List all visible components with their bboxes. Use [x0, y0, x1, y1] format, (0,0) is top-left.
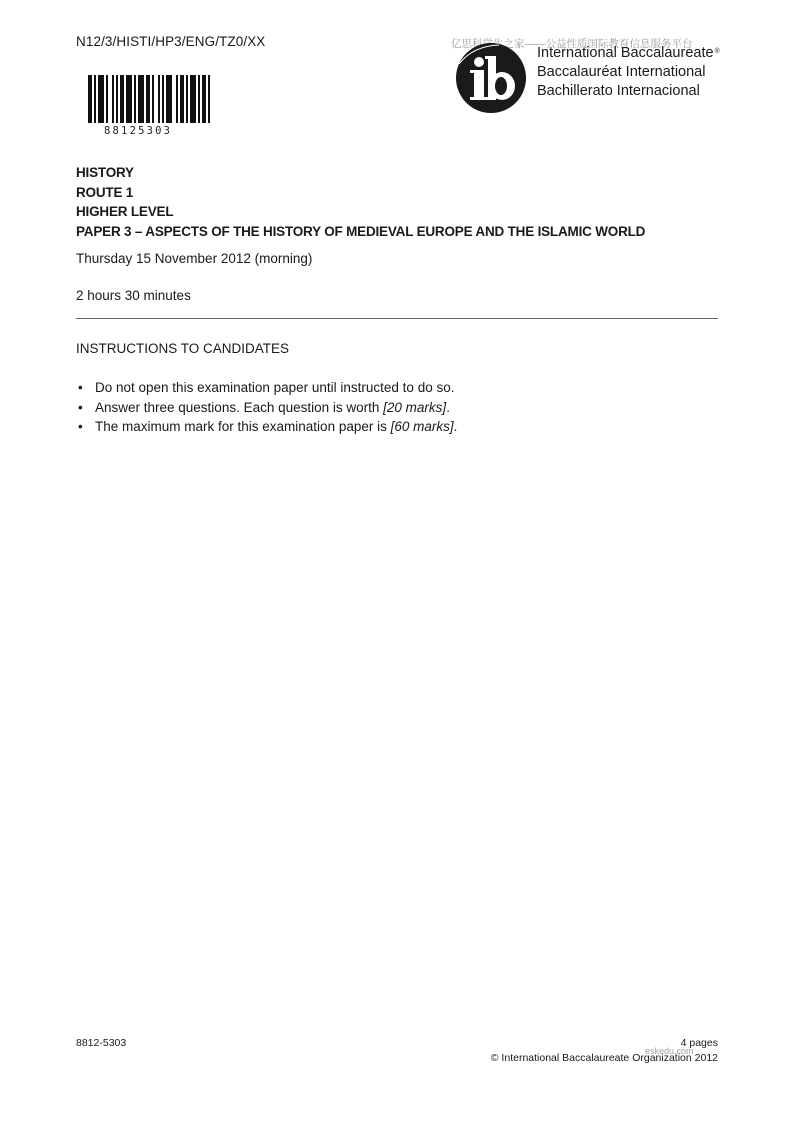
bullet-icon: •	[78, 417, 83, 437]
paper-code: 8812-5303	[76, 1037, 126, 1049]
exam-code: N12/3/HISTI/HP3/ENG/TZ0/XX	[76, 34, 265, 49]
marks-emphasis: [60 marks]	[391, 419, 454, 434]
instruction-item: • Answer three questions. Each question …	[76, 398, 457, 418]
org-name-french: Baccalauréat International	[537, 63, 720, 82]
exam-duration: 2 hours 30 minutes	[76, 288, 191, 303]
copyright: © International Baccalaureate Organizati…	[491, 1052, 718, 1064]
organization-names: International Baccalaureate® Baccalauréa…	[537, 44, 720, 101]
org-name-english: International Baccalaureate®	[537, 44, 720, 63]
paper-title: PAPER 3 – ASPECTS OF THE HISTORY OF MEDI…	[76, 222, 645, 242]
instructions-list: • Do not open this examination paper unt…	[76, 378, 457, 437]
exam-date: Thursday 15 November 2012 (morning)	[76, 251, 312, 266]
subject-title: HISTORY	[76, 163, 645, 183]
bullet-icon: •	[78, 398, 83, 418]
bullet-icon: •	[78, 378, 83, 398]
ib-logo-icon	[455, 42, 527, 114]
level-title: HIGHER LEVEL	[76, 202, 645, 222]
route-title: ROUTE 1	[76, 183, 645, 203]
barcode-number: 88125303	[104, 125, 172, 137]
title-block: HISTORY ROUTE 1 HIGHER LEVEL PAPER 3 – A…	[76, 163, 645, 241]
instruction-item: • The maximum mark for this examination …	[76, 417, 457, 437]
divider	[76, 318, 718, 319]
registered-mark: ®	[715, 48, 720, 55]
marks-emphasis: [20 marks]	[383, 400, 446, 415]
instructions-heading: INSTRUCTIONS TO CANDIDATES	[76, 341, 289, 356]
instruction-item: • Do not open this examination paper unt…	[76, 378, 457, 398]
barcode-icon	[88, 75, 212, 123]
org-name-spanish: Bachillerato Internacional	[537, 82, 720, 101]
